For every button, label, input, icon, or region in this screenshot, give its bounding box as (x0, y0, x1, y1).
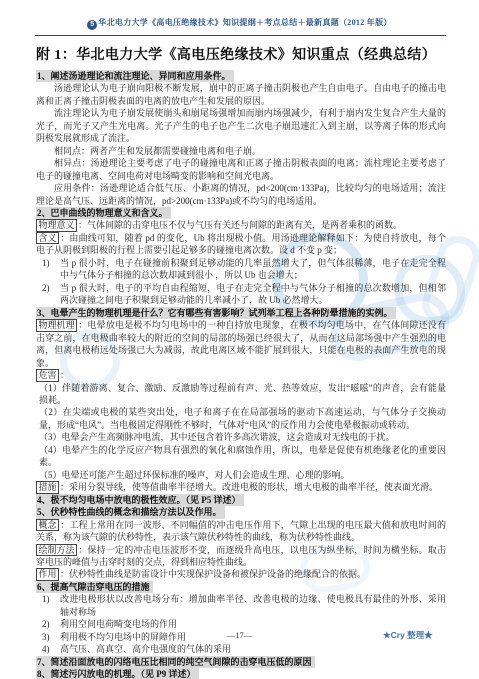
labeled-paragraph: 含义：由曲线可知，随着 pd 的变化，Ub 将出现极小值。用汤逊理论解释如下：为… (36, 232, 446, 257)
term-box: 含义 (36, 232, 59, 245)
section-heading-5: 5、伏秒特性曲线的概念和描绘方法以及作用。 (36, 506, 446, 518)
item-number: 4) (36, 643, 60, 655)
section-heading-text: 5、伏秒特性曲线的概念和描绘方法以及作用。 (36, 506, 225, 518)
paragraph-text: ：工程上常用在同一波形、不同幅值的冲击电压作用下，气隙上出现的电压最大值和放电时… (36, 520, 446, 543)
section-heading-text: 2、巴申曲线的物理意义和含义。 (36, 207, 171, 219)
paragraph: 相同点：两者产生和发展都需要碰撞电离和电子崩。 (36, 145, 446, 157)
header-rule (35, 35, 446, 36)
running-header-text: 华北电力大学《高电压绝缘技术》知识提纲＋考点总结＋最新真题（2012 年版） (98, 18, 391, 27)
item-text: 当 p 很小时，电子在碰撞前积聚到足够动能的几率虽然增大了，但气体很稀薄，电子在… (60, 257, 446, 282)
paragraph: （5）电晕还可能产生超过环保标准的噪声，对人们会造成生理、心理的影响。 (36, 469, 446, 481)
section-heading-text: 3、电晕产生的物理机理是什么？它有哪些有害影响？试列举工程上各种防晕措施的实例。 (36, 307, 396, 319)
document-page: 5华北电力大学《高电压绝缘技术》知识提纲＋考点总结＋最新真题（2012 年版） … (0, 0, 479, 679)
paragraph-text: ：伏秒特性曲线是防雷设计中实现保护设备和被保护设备的绝缘配合的依据。 (60, 569, 366, 579)
paragraph: （4）电晕产生的化学反应产物具有强烈的氧化和腐蚀作用，所以，电晕是促使有机绝缘老… (36, 444, 446, 469)
section-heading-6: 6、提高气隙击穿电压的措施 (36, 581, 446, 593)
numbered-item: 2)当 p 很大时，电子的平均自由程缩短，电子在走完全程中与气体分子相撞的总次数… (36, 282, 446, 307)
document-body: 1、阐述汤逊理论和流注理论、异同和应用条件。 汤逊理论认为电子崩向阳极不断发展，… (36, 70, 446, 679)
numbered-item: 1)改进电极形状以改善电场分布：增加曲率半径、改善电极的边缘、使电极具有最佳的外… (36, 593, 446, 618)
section-heading-text: 4、极不均匀电场中放电的极性效应。（见 P5 详述） (36, 494, 244, 506)
paragraph-text: ：气体间隙的击穿电压不仅与气压有关还与间隙的距离有关，是两者乘积的函数。 (78, 220, 402, 230)
labeled-paragraph: 概念：工程上常用在同一波形、不同幅值的冲击电压作用下，气隙上出现的电压最大值和放… (36, 519, 446, 544)
paragraph-text: ：采用分裂导线，使等值曲率半径增大。改进电极的形状，增大电极的曲率半径，使表面光… (60, 482, 438, 492)
term-box: 绘制方法 (36, 544, 77, 557)
labeled-paragraph: 物理机理：电晕放电是极不均匀电场中的一种自持放电现象，在极不均匀电场中，在气体间… (36, 319, 446, 369)
paragraph: 汤逊理论认为电子崩向阳极不断发展，崩中的正离子撞击阴极也产生自由电子。自由电子的… (36, 82, 446, 107)
section-heading-text: 1、阐述汤逊理论和流注理论、异同和应用条件。 (36, 70, 234, 82)
item-text: 当 p 很大时，电子的平均自由程缩短，电子在走完全程中与气体分子相撞的总次数增加… (60, 282, 446, 307)
labeled-paragraph: 危害： (36, 369, 446, 382)
series-logo-icon: 5 (87, 20, 97, 30)
paragraph: （1）伴随着游离、复合、激励、反激励等过程前有声、光、热等效应，发出“嗞嗞”的声… (36, 382, 446, 407)
section-heading-4: 4、极不均匀电场中放电的极性效应。（见 P5 详述） (36, 494, 446, 506)
term-box: 物理机理 (36, 319, 77, 332)
paragraph-text: ： (60, 370, 69, 380)
section-heading-text: 7、简述沿面放电的闪络电压比相同的纯空气间隙的击穿电压低的原因 (36, 656, 315, 668)
running-header: 5华北电力大学《高电压绝缘技术》知识提纲＋考点总结＋最新真题（2012 年版） (0, 17, 479, 30)
paragraph-text: ：电晕放电是极不均匀电场中的一种自持放电现象，在极不均匀电场中，在气体间隙还没有… (36, 320, 446, 367)
section-heading-8: 8、简述污闪放电的机理。（见 P9 详述） (36, 668, 446, 679)
term-box: 措施 (36, 481, 59, 494)
term-box: 危害 (36, 369, 59, 382)
section-heading-text: 6、提高气隙击穿电压的措施 (36, 581, 153, 593)
labeled-paragraph: 作用：伏秒特性曲线是防雷设计中实现保护设备和被保护设备的绝缘配合的依据。 (36, 568, 446, 581)
numbered-item: 1)当 p 很小时，电子在碰撞前积聚到足够动能的几率虽然增大了，但气体很稀薄，电… (36, 257, 446, 282)
labeled-paragraph: 物理意义：气体间隙的击穿电压不仅与气压有关还与间隙的距离有关，是两者乘积的函数。 (36, 219, 446, 232)
item-text: 改进电极形状以改善电场分布：增加曲率半径、改善电极的边缘、使电极具有最佳的外形、… (60, 593, 446, 618)
term-box: 物理意义 (36, 219, 77, 232)
labeled-paragraph: 措施：采用分裂导线，使等值曲率半径增大。改进电极的形状，增大电极的曲率半径，使表… (36, 481, 446, 494)
item-number: 2) (36, 618, 60, 630)
term-box: 作用 (36, 568, 59, 581)
item-number: 1) (36, 593, 60, 618)
section-heading-1: 1、阐述汤逊理论和流注理论、异同和应用条件。 (36, 70, 446, 82)
labeled-paragraph: 绘制方法：保持一定的冲击电压波形不变，而逐级升高电压，以电压为纵坐标，时间为横坐… (36, 544, 446, 569)
paragraph: 相异点：汤逊理论主要考虑了电子的碰撞电离和正离子撞击阴极表面的电离；流柱理论主要… (36, 157, 446, 182)
paragraph: （3）电晕会产生高频脉冲电流，其中还包含着许多高次谐波，这会造成对无线电的干扰。 (36, 431, 446, 443)
section-heading-7: 7、简述沿面放电的闪络电压比相同的纯空气间隙的击穿电压低的原因 (36, 656, 446, 668)
page-title: 附 1：华北电力大学《高电压绝缘技术》知识重点（经典总结） (36, 44, 446, 64)
section-heading-3: 3、电晕产生的物理机理是什么？它有哪些有害影响？试列举工程上各种防晕措施的实例。 (36, 307, 446, 319)
section-heading-text: 8、简述污闪放电的机理。（见 P9 详述） (36, 668, 199, 679)
paragraph: 流注理论认为电子崩发展使崩头和崩尾场强增加而崩内场强减少，有利于崩内发生复合产生… (36, 107, 446, 144)
item-number: 1) (36, 257, 60, 282)
paragraph: （2）在尖端或电极的某些突出处，电子和离子在在局部强场的驱动下高速运动，与气体分… (36, 406, 446, 431)
numbered-item: 4)高气压、高真空、高介电强度的气体的采用 (36, 643, 446, 655)
paragraph: 应用条件：汤逊理论适合低气压、小距离的情况，pd<200(cm·133Pa)，比… (36, 182, 446, 207)
section-heading-2: 2、巴申曲线的物理意义和含义。 (36, 207, 446, 219)
item-number: 2) (36, 282, 60, 307)
item-text: 高气压、高真空、高介电强度的气体的采用 (60, 643, 446, 655)
compiler-credit: ★Cry 整理★ (383, 629, 433, 641)
paragraph-text: ：保持一定的冲击电压波形不变，而逐级升高电压，以电压为纵坐标，时间为横坐标。取击… (36, 545, 446, 568)
paragraph-text: ：由曲线可知，随着 pd 的变化，Ub 将出现极小值。用汤逊理论解释如下：为使自… (36, 233, 446, 256)
term-box: 概念 (36, 519, 59, 532)
